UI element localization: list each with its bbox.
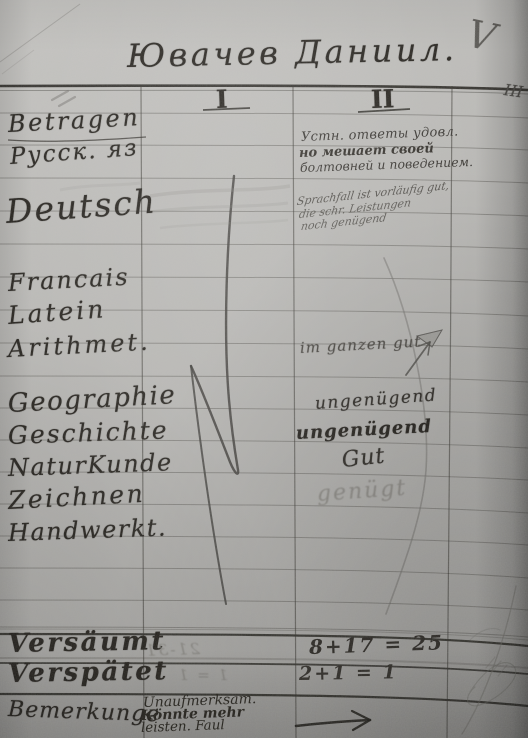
report-card-page: Ювачев Даниил. V III I II Betragen Русск… (0, 0, 528, 738)
right-arrow-icon (296, 711, 370, 730)
grade-geographie: ungenügend (314, 387, 437, 413)
page-title: Ювачев Даниил. (127, 33, 458, 72)
grade-geschichte: ungenügend (296, 418, 433, 443)
margin-tally-marks (52, 91, 75, 106)
remark-russian-line-1: Устн. ответы удовл. (301, 126, 459, 144)
verspaetet-total: 2+1 = 1 (299, 663, 398, 684)
grade-naturkunde: Gut (341, 446, 387, 472)
grade-zeichnen: genügt (316, 478, 408, 506)
remark-russian-line-3: болтовней и поведением. (300, 156, 473, 175)
faint-scribble (462, 586, 516, 734)
subject-geschichte: Geschichte (8, 417, 169, 448)
remark-arithmetik: im ganzen gut (300, 335, 422, 356)
subject-deutsch: Deutsch (5, 184, 158, 227)
row-label-verspaetet: Verspätet (8, 658, 169, 687)
column-header-2: II (371, 86, 395, 112)
edge-column-mark: III (503, 82, 524, 100)
subject-francais: Francais (7, 265, 130, 295)
corner-page-mark: V (464, 14, 499, 57)
subject-arithmetik: Arithmet. (7, 330, 151, 361)
verspaetet-bleedthrough: 1 = 1 (177, 668, 228, 683)
versaeumt-total: 8+17 = 25 (309, 632, 445, 657)
subject-latein: Latein (7, 296, 107, 328)
subject-zeichnen: Zeichnen (7, 481, 145, 513)
row-label-versaeumt: Versäumt (8, 628, 166, 657)
subject-handwerk: Handwerkt. (8, 515, 168, 545)
big-pencil-stroke (191, 176, 238, 604)
subject-russian: Русск. яз (9, 137, 139, 169)
subject-geographie: Geographie (7, 382, 177, 417)
remark-bemerkungen-line-3: leisten. Faul (141, 719, 225, 735)
subject-naturkunde: NaturKunde (8, 450, 174, 480)
row-label-bemerkungen: Bemerkunge (8, 699, 161, 726)
corner-crease (0, 4, 80, 74)
subject-betragen: Betragen (7, 105, 140, 136)
column-header-1: I (216, 87, 229, 112)
versaeumt-bleedthrough: 21-31 (144, 641, 201, 659)
